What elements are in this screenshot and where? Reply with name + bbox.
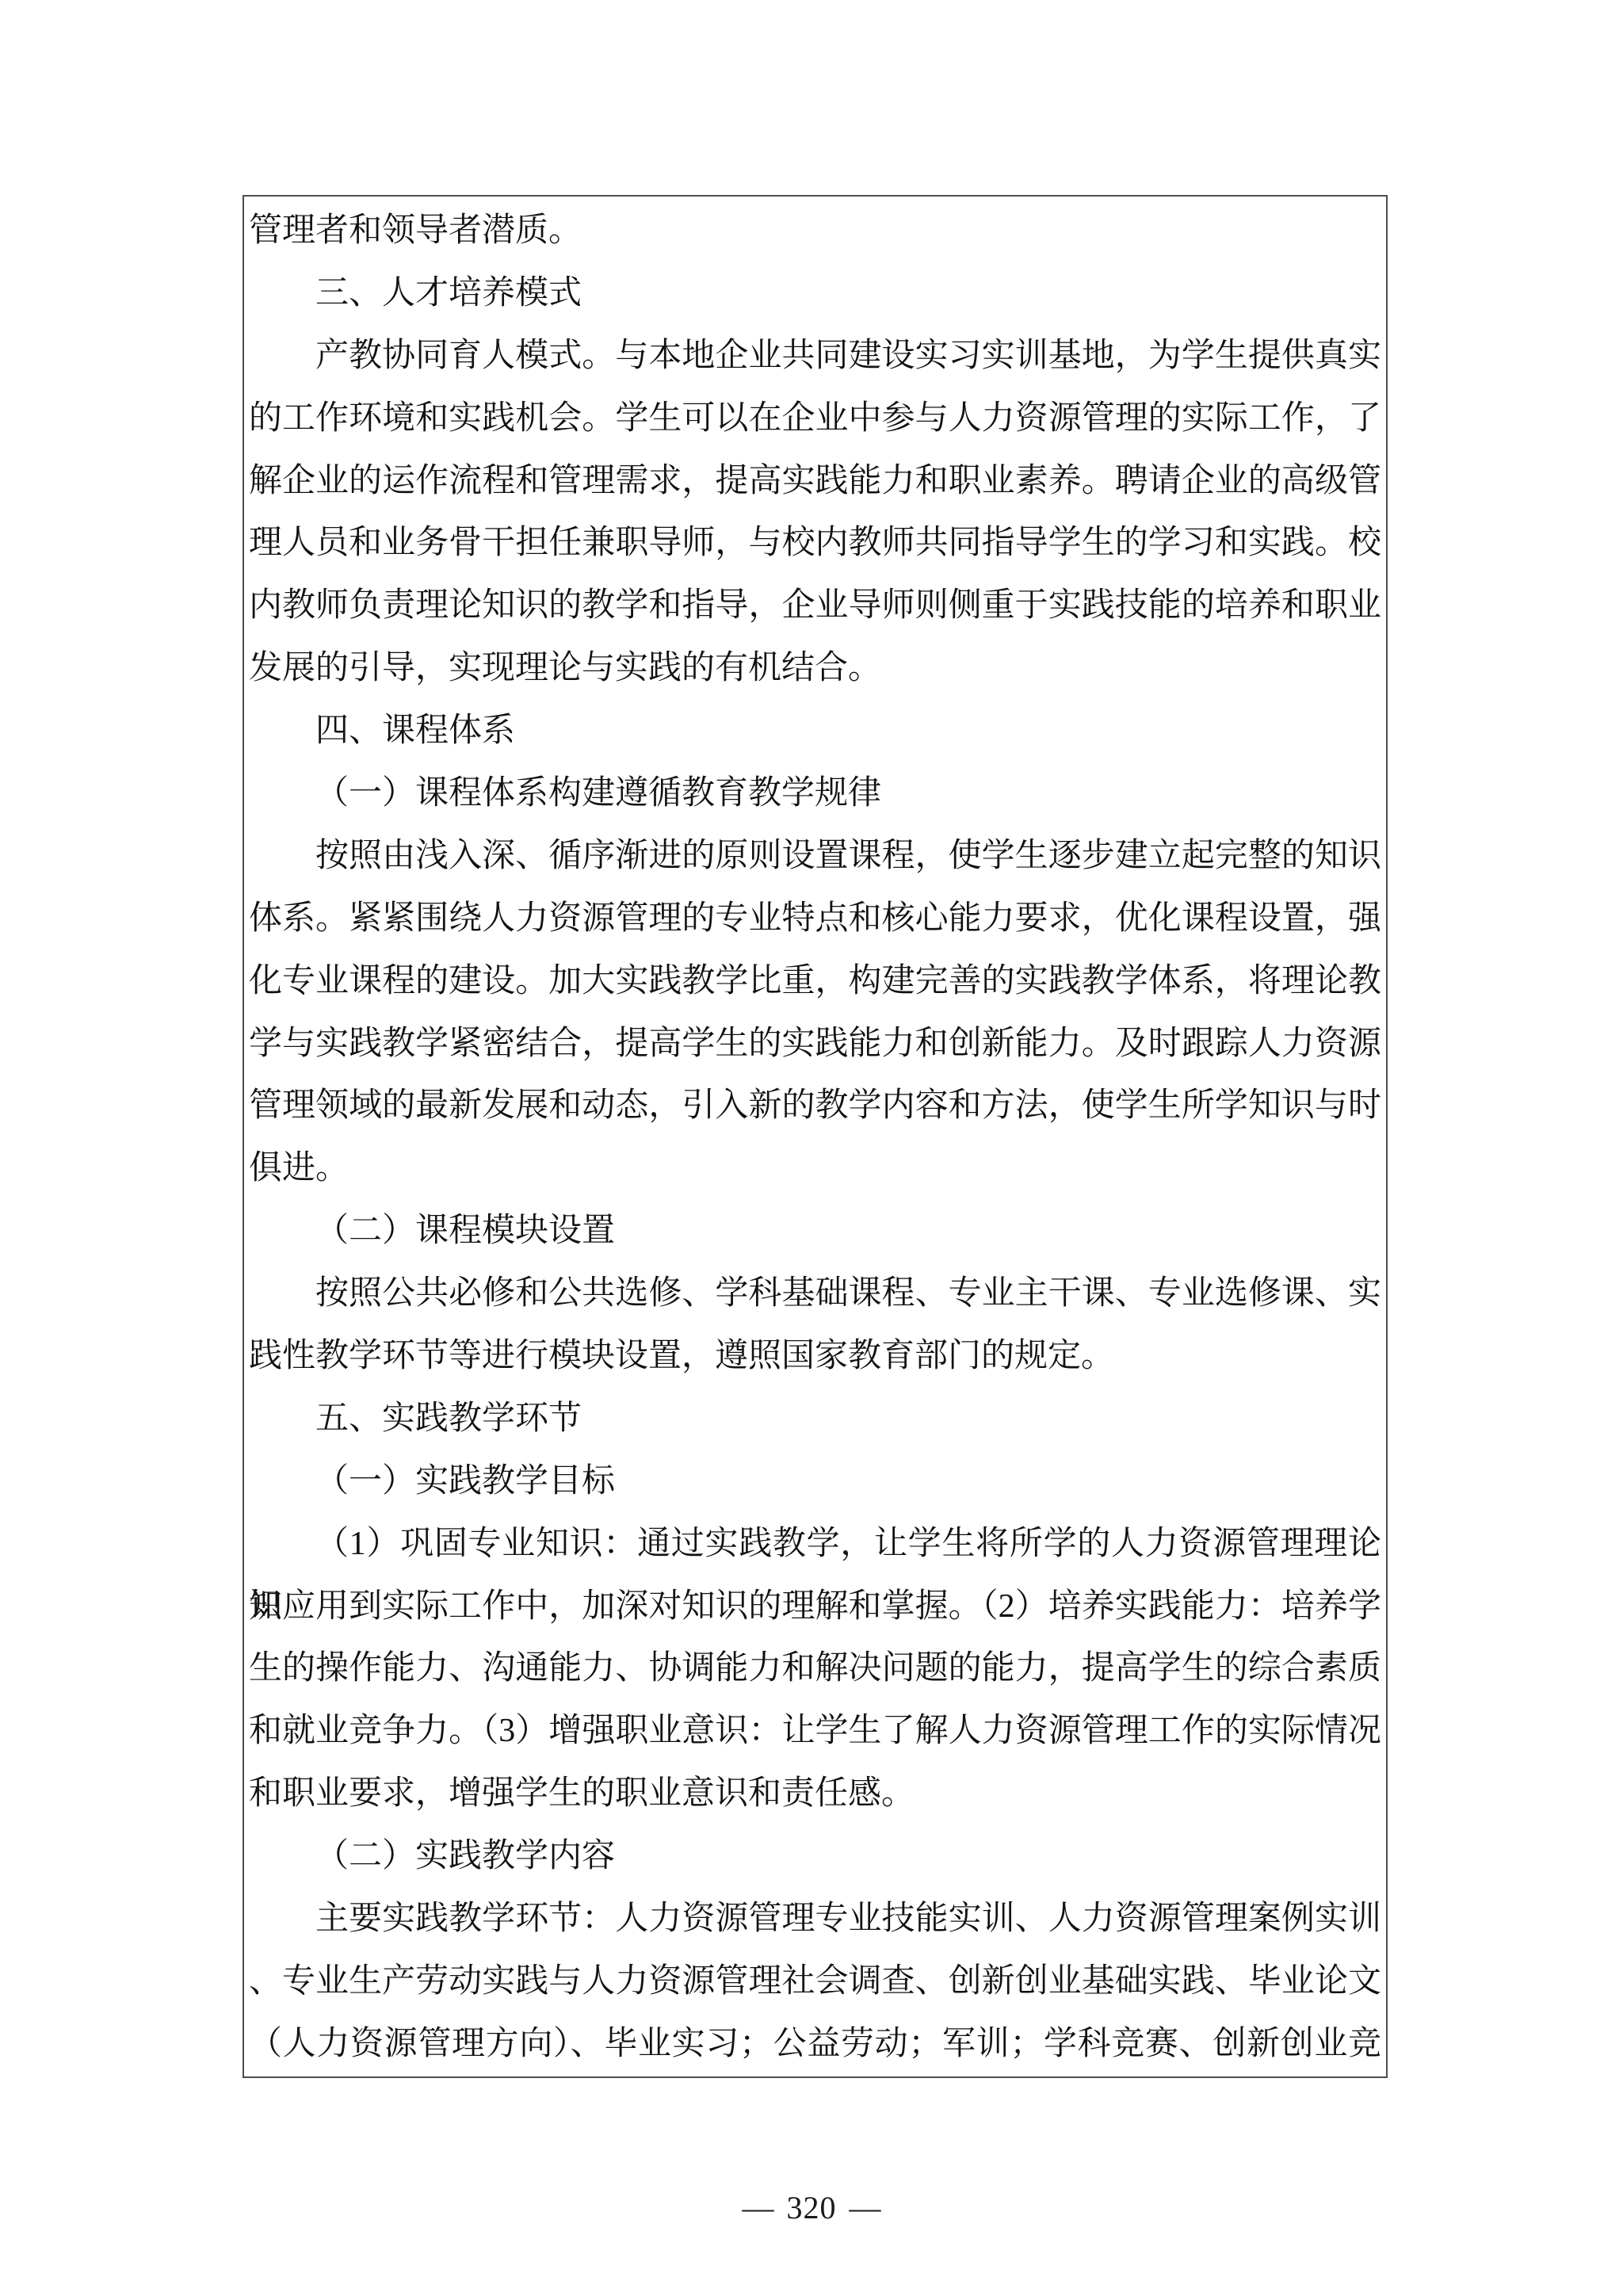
text-line: 、专业生产劳动实践与人力资源管理社会调查、创新创业基础实践、毕业论文 (249, 1950, 1381, 2013)
text-line: 产教协同育人模式。与本地企业共同建设实习实训基地，为学生提供真实 (249, 325, 1381, 388)
text-line: （一）课程体系构建遵循教育教学规律 (249, 762, 1381, 825)
text-line: （二）实践教学内容 (249, 1825, 1381, 1888)
text-line: 和就业竞争力。（3）增强职业意识：让学生了解人力资源管理工作的实际情况 (249, 1700, 1381, 1763)
document-page: 管理者和领导者潜质。三、人才培养模式产教协同育人模式。与本地企业共同建设实习实训… (0, 0, 1623, 2296)
text-line: （一）实践教学目标 (249, 1450, 1381, 1513)
text-line: 主要实践教学环节：人力资源管理专业技能实训、人力资源管理案例实训 (249, 1888, 1381, 1950)
text-line: 理人员和业务骨干担任兼职导师，与校内教师共同指导学生的学习和实践。校 (249, 512, 1381, 575)
text-line: 俱进。 (249, 1137, 1381, 1200)
text-line: 发展的引导，实现理论与实践的有机结合。 (249, 637, 1381, 700)
text-line: 解企业的运作流程和管理需求，提高实践能力和职业素养。聘请企业的高级管 (249, 450, 1381, 513)
text-line: 管理领域的最新发展和动态，引入新的教学内容和方法，使学生所学知识与时 (249, 1075, 1381, 1137)
text-line: （二）课程模块设置 (249, 1200, 1381, 1263)
text-line: 学与实践教学紧密结合，提高学生的实践能力和创新能力。及时跟踪人力资源 (249, 1013, 1381, 1075)
text-line: 按照公共必修和公共选修、学科基础课程、专业主干课、专业选修课、实 (249, 1263, 1381, 1325)
text-line: 化专业课程的建设。加大实践教学比重，构建完善的实践教学体系，将理论教 (249, 950, 1381, 1013)
text-line: 识应用到实际工作中，加深对知识的理解和掌握。（2）培养实践能力：培养学 (249, 1576, 1381, 1638)
text-line: 管理者和领导者潜质。 (249, 200, 1381, 262)
text-line: （人力资源管理方向）、毕业实习；公益劳动；军训；学科竞赛、创新创业竞 (249, 2013, 1381, 2076)
footer-dash-left: — (743, 2189, 774, 2226)
text-line: 三、人才培养模式 (249, 262, 1381, 325)
text-line: 四、课程体系 (249, 700, 1381, 762)
text-line: 内教师负责理论知识的教学和指导，企业导师则侧重于实践技能的培养和职业 (249, 575, 1381, 637)
text-line: 体系。紧紧围绕人力资源管理的专业特点和核心能力要求，优化课程设置，强 (249, 888, 1381, 950)
text-line: 按照由浅入深、循序渐进的原则设置课程，使学生逐步建立起完整的知识 (249, 825, 1381, 888)
footer-dash-right: — (850, 2189, 881, 2226)
text-line: 五、实践教学环节 (249, 1388, 1381, 1450)
text-line: 和职业要求，增强学生的职业意识和责任感。 (249, 1763, 1381, 1825)
document-text-cell: 管理者和领导者潜质。三、人才培养模式产教协同育人模式。与本地企业共同建设实习实训… (242, 195, 1388, 2078)
text-line: （1）巩固专业知识：通过实践教学，让学生将所学的人力资源管理理论知 (249, 1513, 1381, 1576)
text-line: 生的操作能力、沟通能力、协调能力和解决问题的能力，提高学生的综合素质 (249, 1637, 1381, 1700)
text-line: 的工作环境和实践机会。学生可以在企业中参与人力资源管理的实际工作，了 (249, 388, 1381, 450)
text-line: 践性教学环节等进行模块设置，遵照国家教育部门的规定。 (249, 1325, 1381, 1388)
page-footer: —320— (0, 2189, 1623, 2226)
page-number: 320 (787, 2189, 837, 2226)
